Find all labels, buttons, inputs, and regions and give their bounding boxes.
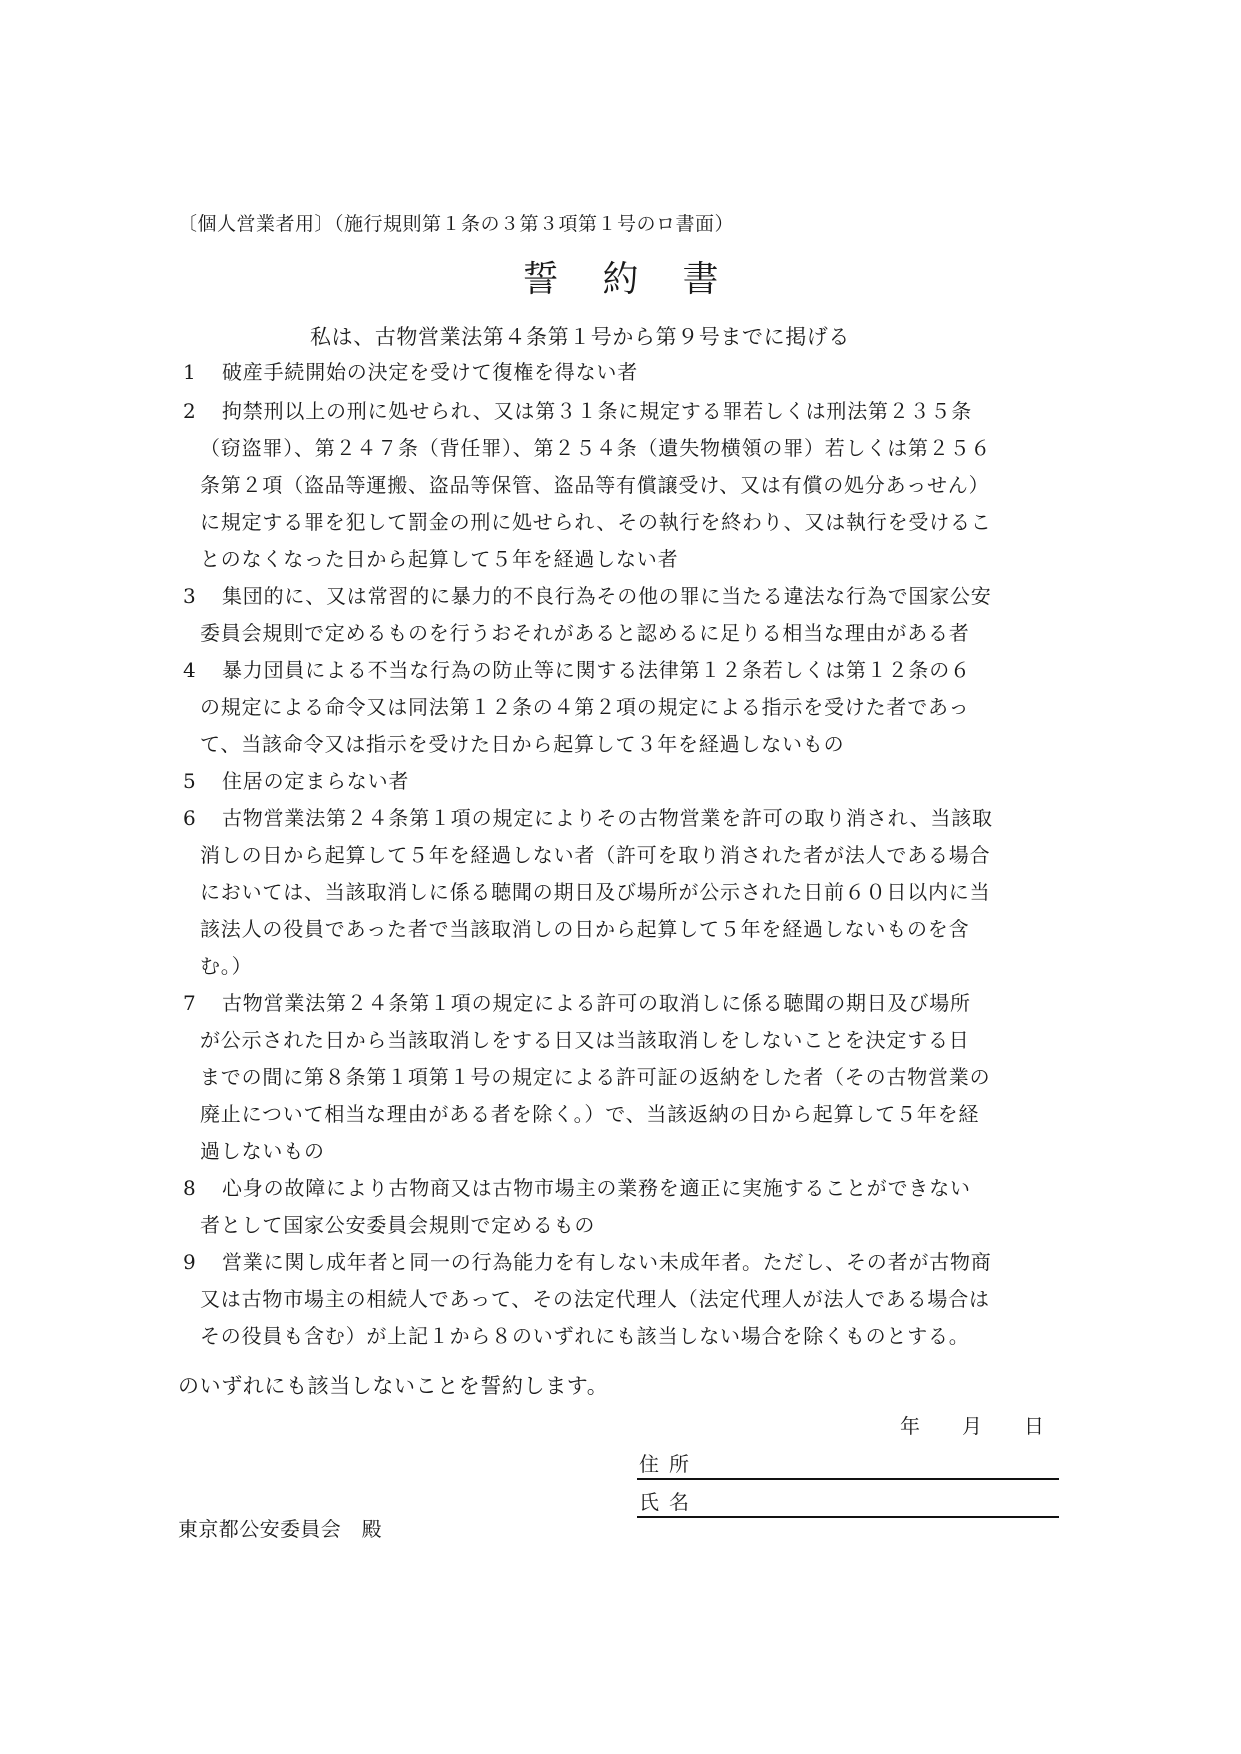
item-number: 2 <box>183 397 196 425</box>
title-char: 誓 <box>522 258 558 302</box>
item-text: その役員も含む）が上記１から８のいずれにも該当しない場合を除くものとする。 <box>200 1322 970 1350</box>
item-text: 拘禁刑以上の刑に処せられ、又は第３１条に規定する罪若しくは刑法第２３５条 <box>222 397 972 425</box>
month-label: 月 <box>962 1413 982 1439</box>
item-text: （窃盗罪）、第２４７条（背任罪）、第２５４条（遺失物横領の罪）若しくは第２５６ <box>200 434 991 462</box>
item-text: 消しの日から起算して５年を経過しない者（許可を取り消された者が法人である場合 <box>200 841 990 869</box>
item-text: の規定による命令又は同法第１２条の４第２項の規定による指示を受けた者であっ <box>200 693 969 721</box>
item-text: 住居の定まらない者 <box>222 767 409 795</box>
item-text: 集団的に、又は常習的に暴力的不良行為その他の罪に当たる違法な行為で国家公安 <box>222 582 992 610</box>
item-text: 暴力団員による不当な行為の防止等に関する法律第１２条若しくは第１２条の６ <box>222 656 971 684</box>
day-label: 日 <box>1024 1413 1044 1439</box>
item-number: 5 <box>183 767 196 795</box>
item-text: て、当該命令又は指示を受けた日から起算して３年を経過しないもの <box>200 730 844 758</box>
item-text: 心身の故障により古物商又は古物市場主の業務を適正に実施することができない <box>222 1174 971 1202</box>
title-char: 書 <box>683 258 719 302</box>
item-text: までの間に第８条第１項第１号の規定による許可証の返納をした者（その古物営業の <box>200 1063 990 1091</box>
item-number: 7 <box>183 989 196 1017</box>
address-label: 住所 <box>639 1451 699 1477</box>
item-number: 1 <box>183 358 196 386</box>
name-label: 氏名 <box>639 1489 699 1515</box>
closing-sentence: のいずれにも該当しないことを誓約します。 <box>178 1372 608 1400</box>
item-text: とのなくなった日から起算して５年を経過しない者 <box>200 545 678 573</box>
address-field[interactable] <box>717 1448 1059 1478</box>
item-text: に規定する罪を犯して罰金の刑に処せられ、その執行を終わり、又は執行を受けるこ <box>200 508 992 536</box>
document-title: 誓約書 <box>0 258 1241 302</box>
item-text: 古物営業法第２４条第１項の規定によりその古物営業を許可の取り消され、当該取 <box>222 804 993 832</box>
item-text: 営業に関し成年者と同一の行為能力を有しない未成年者。ただし、その者が古物商 <box>222 1248 992 1276</box>
address-row: 住所 <box>637 1448 1059 1480</box>
item-text: においては、当該取消しに係る聴聞の期日及び場所が公示された日前６０日以内に当 <box>200 878 990 906</box>
title-char: 約 <box>602 258 638 302</box>
item-text: 廃止について相当な理由がある者を除く。）で、当該返納の日から起算して５年を経 <box>200 1100 979 1128</box>
addressee: 東京都公安委員会 殿 <box>178 1516 382 1542</box>
item-text: 該法人の役員であった者で当該取消しの日から起算して５年を経過しないものを含 <box>200 915 969 943</box>
item-text: 古物営業法第２４条第１項の規定による許可の取消しに係る聴聞の期日及び場所 <box>222 989 971 1017</box>
date-field[interactable]: 年月日 <box>900 1413 1044 1439</box>
item-number: 8 <box>183 1174 196 1202</box>
item-text: 又は古物市場主の相続人であって、その法定代理人（法定代理人が法人である場合は <box>200 1285 990 1313</box>
item-number: 6 <box>183 804 196 832</box>
document-page: 〔個人営業者用〕（施行規則第１条の３第３項第１号のロ書面） 誓約書 私は、古物営… <box>0 0 1241 1754</box>
item-text: 過しないもの <box>200 1137 325 1165</box>
item-number: 4 <box>183 656 196 684</box>
form-type-note: 〔個人営業者用〕（施行規則第１条の３第３項第１号のロ書面） <box>178 212 734 236</box>
item-text: が公示された日から当該取消しをする日又は当該取消しをしないことを決定する日 <box>200 1026 970 1054</box>
item-text: む。） <box>200 952 252 980</box>
item-text: 委員会規則で定めるものを行うおそれがあると認めるに足りる相当な理由がある者 <box>200 619 970 647</box>
intro-sentence: 私は、古物営業法第４条第１号から第９号までに掲げる <box>310 323 850 351</box>
name-field[interactable] <box>717 1486 1059 1516</box>
item-number: 9 <box>183 1248 196 1276</box>
name-row: 氏名 <box>637 1486 1059 1518</box>
year-label: 年 <box>900 1413 920 1439</box>
item-text: 条第２項（盗品等運搬、盗品等保管、盗品等有償譲受け、又は有償の処分あっせん） <box>200 471 989 499</box>
item-number: 3 <box>183 582 196 610</box>
item-text: 破産手続開始の決定を受けて復権を得ない者 <box>222 358 638 386</box>
item-text: 者として国家公安委員会規則で定めるもの <box>200 1211 595 1239</box>
